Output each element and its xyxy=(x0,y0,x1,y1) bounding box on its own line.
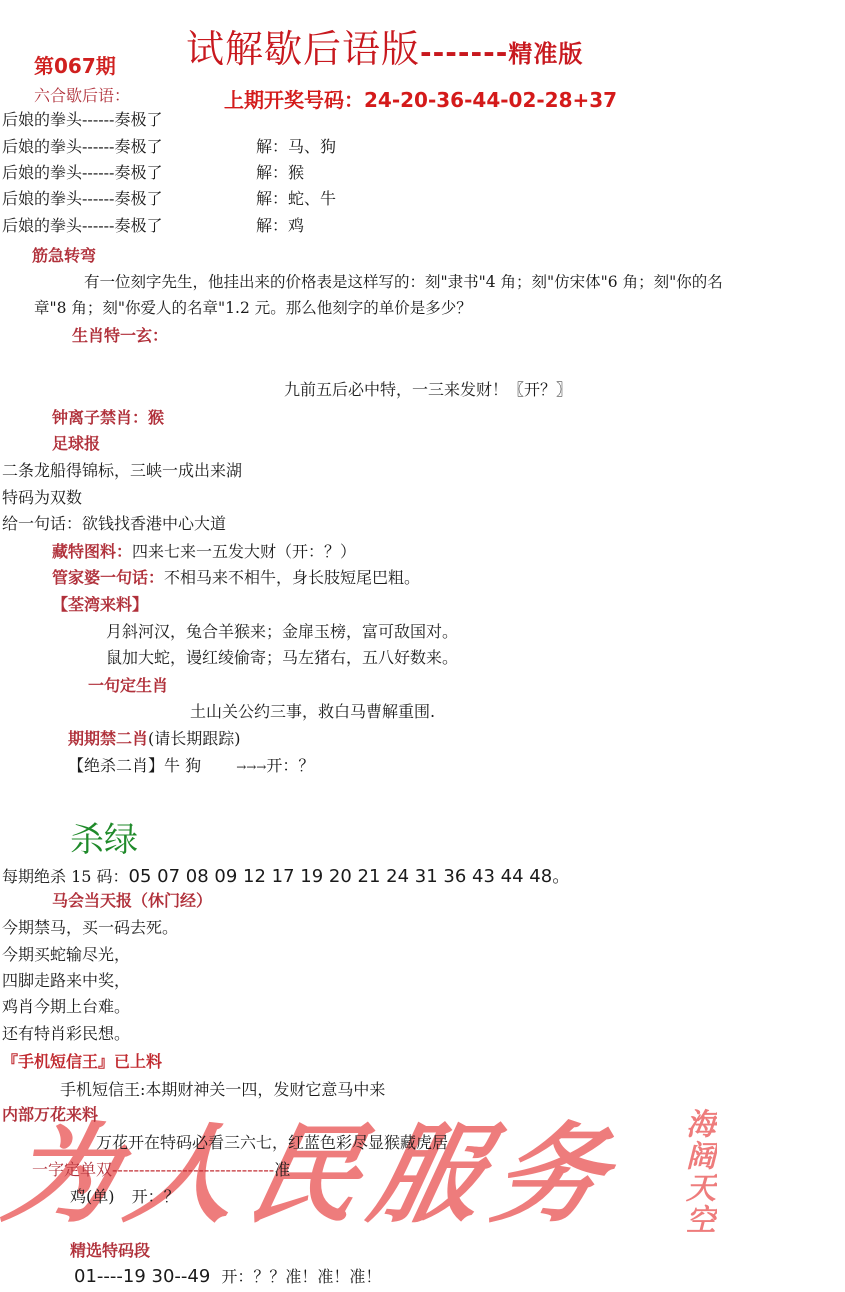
quanwan-line: 鼠加大蛇，谩红绫偷寄；马左猪右，五八好数来。 xyxy=(106,648,458,668)
segment-ranges: 01----19 30--49 xyxy=(74,1266,210,1287)
kill-green-prefix: 每期绝杀 15 码： xyxy=(2,867,129,886)
quanwan-label: 【荃湾来料】 xyxy=(52,595,148,615)
odd-even-dashes: ------------------------------ xyxy=(112,1160,274,1179)
zhongli-ban: 钟离子禁肖：猴 xyxy=(52,408,164,428)
zodiac-mystery-label: 生肖特一玄： xyxy=(72,326,168,346)
housekeeper-text: 不相马来不相牛，身长肢短尾巴粗。 xyxy=(164,568,420,587)
football-label: 足球报 xyxy=(52,434,100,454)
kill-two: 【绝杀二肖】牛 狗 →→→开：？ xyxy=(68,756,314,777)
title-suffix: 精准版 xyxy=(508,40,583,68)
xiehouyu-answer: 解：蛇、牛 xyxy=(256,189,336,209)
segment-row: 01----19 30--49 开：？？准！准！准！ xyxy=(74,1266,381,1287)
quanwan-line: 月斜河汉，兔合羊猴来；金扉玉榜，富可敌国对。 xyxy=(106,622,458,642)
brain-teaser-label: 筋急转弯 xyxy=(32,246,96,266)
jockey-club-line: 鸡肖今期上台难。 xyxy=(2,997,130,1017)
title-dashes: ------- xyxy=(420,36,508,69)
odd-even-answer-row: 鸡(单) 开：？ xyxy=(70,1187,180,1207)
sms-king-label: 『手机短信王』已上料 xyxy=(2,1052,162,1072)
odd-even-result: 开：？ xyxy=(132,1187,180,1206)
last-draw-numbers: 24-20-36-44-02-28+37 xyxy=(364,88,617,112)
jockey-club-line: 四脚走路来中奖， xyxy=(2,971,130,991)
kill-green-numbers: 05 07 08 09 12 17 19 20 21 24 31 36 43 4… xyxy=(129,866,571,887)
xiehouyu-answer: 解：猴 xyxy=(256,163,304,183)
kill-green-title: 杀绿 xyxy=(70,812,138,861)
football-line: 给一句话：欲钱找香港中心大道 xyxy=(2,514,226,534)
title-main: 试解歇后语版 xyxy=(186,27,420,71)
brain-teaser-line1: 有一位刻字先生，他挂出来的价格表是这样写的：刻"隶书"4 角；刻"仿宋体"6 角… xyxy=(84,272,723,292)
jockey-club-label: 马会当天报（休门经） xyxy=(52,891,212,911)
xiehouyu-line: 后娘的拳头------奏极了 xyxy=(2,110,162,130)
housekeeper: 管家婆一句话：不相马来不相牛，身长肢短尾巴粗。 xyxy=(52,568,420,588)
xiehouyu-line: 后娘的拳头------奏极了 xyxy=(2,137,162,157)
hidden-chart-text: 四来七来一五发大财（开：？） xyxy=(132,542,356,561)
segment-result: 开：？？准！准！准！ xyxy=(221,1267,381,1286)
kill-two-label: 【绝杀二肖】牛 狗 xyxy=(68,756,201,775)
odd-even-suffix: 准 xyxy=(274,1160,290,1179)
jockey-club-line: 今期禁马，买一码去死。 xyxy=(2,918,178,938)
ban-two-label: 期期禁二肖 xyxy=(68,729,148,748)
brain-teaser-line2: 章"8 角；刻"你爱人的名章"1.2 元。那么他刻字的单价是多少？ xyxy=(34,298,472,318)
xiehouyu-answer: 解：马、狗 xyxy=(256,137,336,157)
xiehouyu-label: 六合歇后语： xyxy=(34,86,130,106)
xiehouyu-line: 后娘的拳头------奏极了 xyxy=(2,163,162,183)
kill-green-line: 每期绝杀 15 码：05 07 08 09 12 17 19 20 21 24 … xyxy=(2,862,570,888)
arrow-icon: →→→ xyxy=(236,760,266,774)
segment-label: 精选特码段 xyxy=(70,1241,150,1261)
last-draw-label: 上期开奖号码： xyxy=(224,88,364,112)
xiehouyu-line: 后娘的拳头------奏极了 xyxy=(2,216,162,236)
football-line: 二条龙船得锦标，三峡一成出来湖 xyxy=(2,461,242,481)
odd-even-label: 一字定单双 xyxy=(32,1160,112,1179)
housekeeper-label: 管家婆一句话： xyxy=(52,568,164,587)
jockey-club-line: 今期买蛇输尽光， xyxy=(2,945,130,965)
page-title: 试解歇后语版-------精准版 xyxy=(186,18,583,73)
hidden-chart-label: 藏特图料： xyxy=(52,542,132,561)
xiehouyu-line: 后娘的拳头------奏极了 xyxy=(2,189,162,209)
hidden-chart: 藏特图料：四来七来一五发大财（开：？） xyxy=(52,542,356,562)
zodiac-mystery-text: 九前五后必中特，一三来发财！〖开？〗 xyxy=(284,380,572,400)
last-draw: 上期开奖号码：24-20-36-44-02-28+37 xyxy=(224,84,617,113)
one-sentence-text: 土山关公约三事，救白马曹解重围. xyxy=(190,702,435,722)
ban-two-note: (请长期跟踪) xyxy=(148,729,241,748)
one-sentence-label: 一句定生肖 xyxy=(88,676,168,696)
xiehouyu-answer: 解：鸡 xyxy=(256,216,304,236)
kill-two-result: 开：？ xyxy=(266,756,314,775)
jockey-club-line: 还有特肖彩民想。 xyxy=(2,1024,130,1044)
wanhua-text: 万花开在特码必看三六七，红蓝色彩尽显猴藏虎居 xyxy=(96,1133,448,1153)
sms-king-text: 手机短信王:本期财神关一四，发财它意马中来 xyxy=(60,1080,385,1100)
watermark-side: 海阔天空 xyxy=(680,1108,714,1236)
ban-two: 期期禁二肖(请长期跟踪) xyxy=(68,729,241,749)
wanhua-label: 内部万花来料 xyxy=(2,1105,98,1125)
odd-even-answer: 鸡(单) xyxy=(70,1187,115,1206)
odd-even: 一字定单双------------------------------准 xyxy=(32,1160,290,1180)
issue-number: 第067期 xyxy=(34,50,116,79)
football-line: 特码为双数 xyxy=(2,488,82,508)
